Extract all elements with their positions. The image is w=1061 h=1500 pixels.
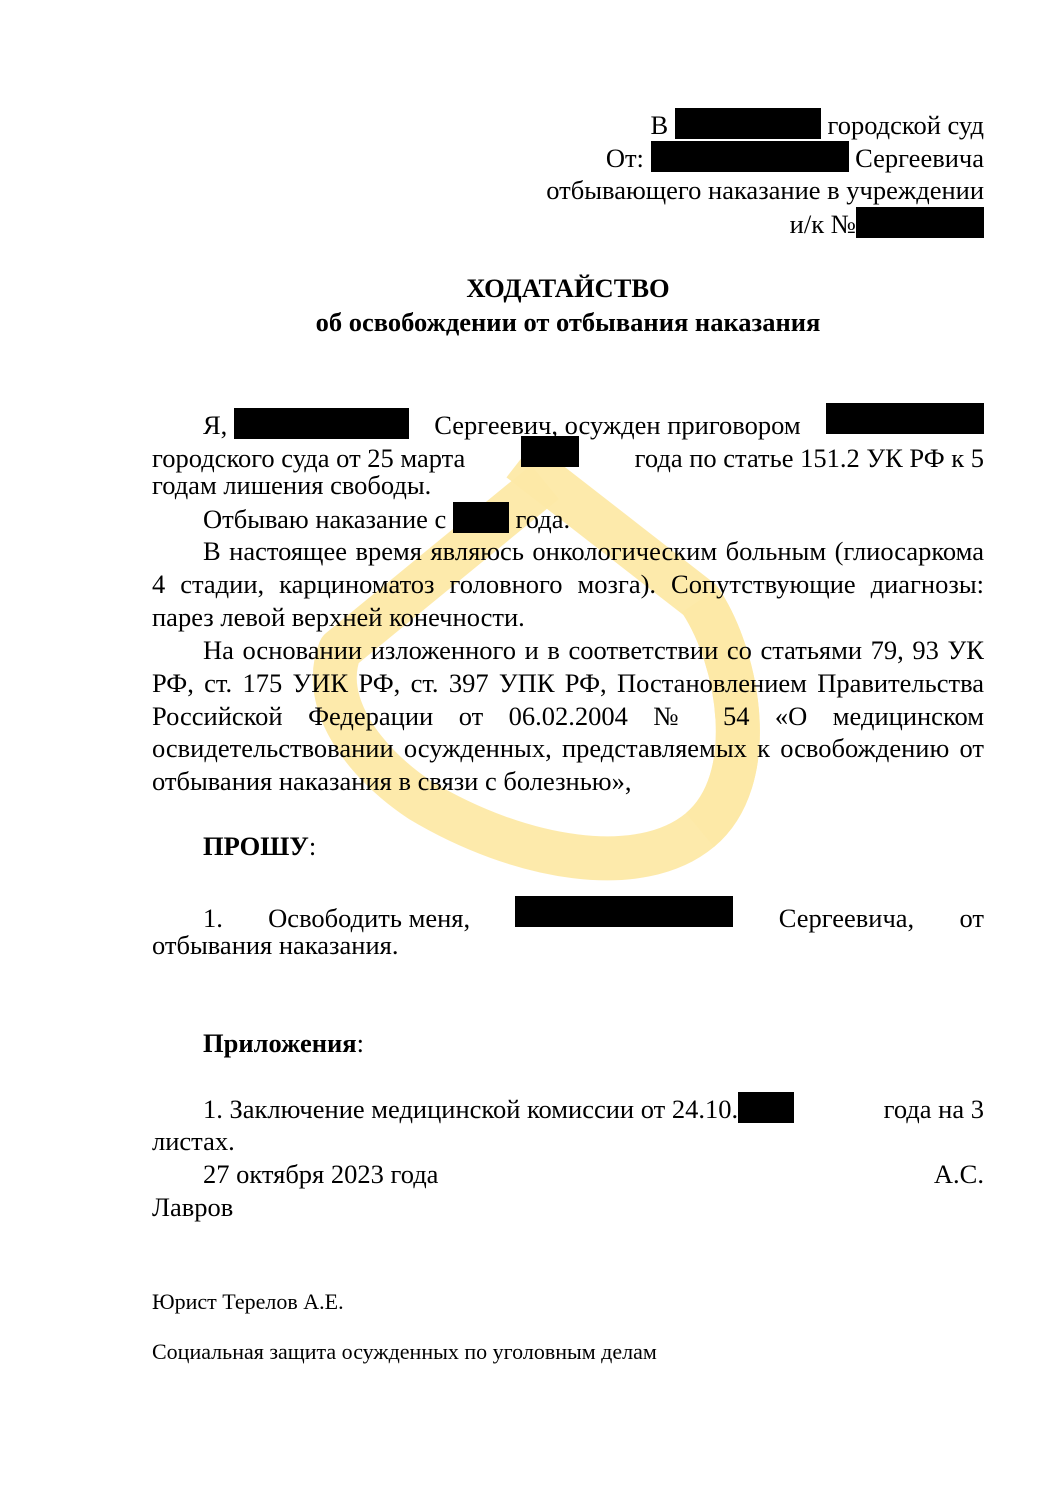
signature-initials: А.С.	[934, 1158, 984, 1191]
paragraph-1-line-3: годам лишения свободы.	[152, 469, 984, 502]
text-fragment: года на 3	[884, 1093, 984, 1126]
attachment-item-1-line-1: 1. Заключение медицинской комиссии от 24…	[152, 1092, 984, 1126]
sender-line: От: Сергеевича	[606, 141, 984, 175]
signature-line: 27 октября 2023 года А.С.	[152, 1158, 984, 1191]
redacted-court-name	[675, 108, 821, 139]
text-fragment: 1. Заключение медицинской комиссии от 24…	[203, 1094, 738, 1124]
signature-date: 27 октября 2023 года	[152, 1158, 438, 1191]
institution-line: и/к №	[790, 207, 984, 241]
request-heading: ПРОШУ:	[152, 830, 1035, 863]
addressee-court: В городской суд	[651, 108, 984, 142]
redacted-year	[453, 502, 509, 533]
redacted-institution-number	[856, 207, 984, 238]
redacted-sender-name	[651, 141, 849, 172]
sender-prefix: От:	[606, 143, 644, 173]
request-heading-text: ПРОШУ	[203, 831, 309, 861]
text-fragment: года.	[516, 504, 571, 534]
paragraph-3-diagnosis: В настоящее время являюсь онкологическим…	[152, 535, 984, 633]
footer-lawyer: Юрист Терелов А.Е.	[152, 1288, 344, 1316]
attachments-heading: Приложения:	[152, 1027, 1035, 1060]
institution-prefix: и/к №	[790, 209, 856, 239]
addressee-prefix: В	[651, 110, 669, 140]
document-title: ХОДАТАЙСТВО	[126, 271, 1010, 305]
sender-status: отбывающего наказание в учреждении	[546, 174, 984, 207]
colon: :	[357, 1028, 364, 1058]
redacted-court	[826, 403, 984, 434]
paragraph-2: Отбываю наказание с года.	[152, 502, 1035, 536]
sender-patronymic: Сергеевича	[855, 143, 984, 173]
paragraph-4-legal-basis: На основании изложенного и в соответстви…	[152, 634, 984, 798]
redacted-year	[738, 1092, 794, 1123]
colon: :	[309, 831, 316, 861]
redacted-name	[234, 408, 409, 439]
attachment-item-1-line-2: листах.	[152, 1125, 984, 1158]
footer-organization: Социальная защита осужденных по уголовны…	[152, 1338, 657, 1366]
request-item-1-line-2: отбывания наказания.	[152, 929, 984, 962]
document-subtitle: об освобождении от отбывания наказания	[126, 305, 1010, 339]
redacted-name	[515, 896, 733, 927]
redacted-year	[521, 436, 579, 467]
text-fragment: Отбываю наказание с	[203, 504, 446, 534]
signature-surname: Лавров	[152, 1191, 984, 1224]
attachments-heading-text: Приложения	[203, 1028, 357, 1058]
document-page: В городской суд От: Сергеевича отбывающе…	[0, 0, 1061, 1500]
addressee-court-label: городской суд	[827, 110, 984, 140]
